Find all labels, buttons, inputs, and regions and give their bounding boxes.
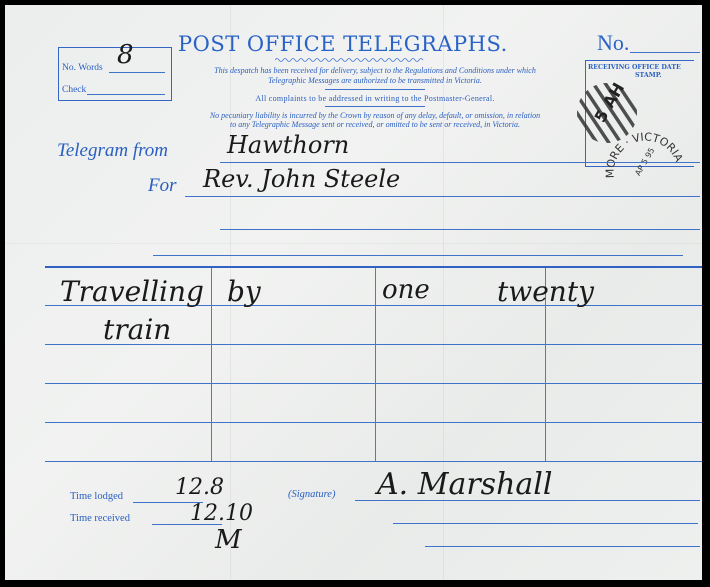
notice-delivery-line-1: This despatch has been received for deli… — [170, 66, 580, 75]
number-line — [630, 52, 700, 53]
address-line — [220, 229, 700, 230]
check-line — [87, 94, 165, 95]
message-row-line — [45, 422, 702, 423]
postmark-icon: 5 AH MORE · VICTORIA AP 5 95 — [565, 75, 705, 205]
message-word: Travelling — [60, 275, 204, 308]
for-label: For — [148, 175, 177, 197]
message-column-divider — [211, 268, 212, 461]
message-top-rule — [45, 266, 702, 268]
from-value: Hawthorn — [227, 131, 349, 159]
time-lodged-value: 12.8 — [175, 475, 224, 500]
number-label: No. — [597, 30, 629, 56]
page-title: POST OFFICE TELEGRAPHS. — [178, 32, 508, 56]
check-label: Check — [62, 85, 86, 95]
footer-extra-line — [425, 546, 700, 547]
fold-crease — [5, 243, 702, 244]
message-word: twenty — [497, 275, 594, 308]
liability-notice-line-1: No pecuniary liability is incurred by th… — [170, 111, 580, 120]
telegram-form: No. Words 8 Check POST OFFICE TELEGRAPHS… — [5, 5, 702, 580]
from-line — [220, 162, 700, 163]
for-value: Rev. John Steele — [203, 165, 400, 193]
receiving-stamp-label: RECEIVING OFFICE DATE — [588, 64, 681, 71]
message-column-divider — [375, 268, 376, 461]
for-line — [185, 196, 700, 197]
address-line — [153, 255, 683, 256]
message-word: one — [382, 275, 430, 305]
footer-extra-line — [393, 523, 698, 524]
message-row-line — [45, 383, 702, 384]
complaints-notice: All complaints to be addressed in writin… — [170, 94, 580, 103]
signature-value: A. Marshall — [377, 467, 552, 502]
notice-delivery-line-2: Telegraphic Messages are authorized to b… — [170, 76, 580, 85]
message-word: train — [103, 313, 171, 346]
message-word: by — [227, 275, 261, 308]
time-received-suffix: M — [215, 525, 242, 555]
message-row-line — [45, 461, 702, 462]
no-words-value: 8 — [117, 40, 134, 70]
time-received-value: 12.10 — [190, 501, 253, 526]
signature-label: (Signature) — [288, 489, 335, 500]
from-label: Telegram from — [57, 140, 168, 162]
time-lodged-label: Time lodged — [70, 491, 123, 502]
liability-notice-line-2: to any Telegraphic Message sent or recei… — [170, 120, 580, 129]
divider-rule — [325, 106, 425, 107]
divider-rule — [325, 89, 425, 90]
no-words-label: No. Words — [62, 63, 103, 73]
time-received-label: Time received — [70, 513, 130, 524]
decorative-wave-rule — [275, 57, 425, 63]
no-words-line — [109, 72, 165, 73]
